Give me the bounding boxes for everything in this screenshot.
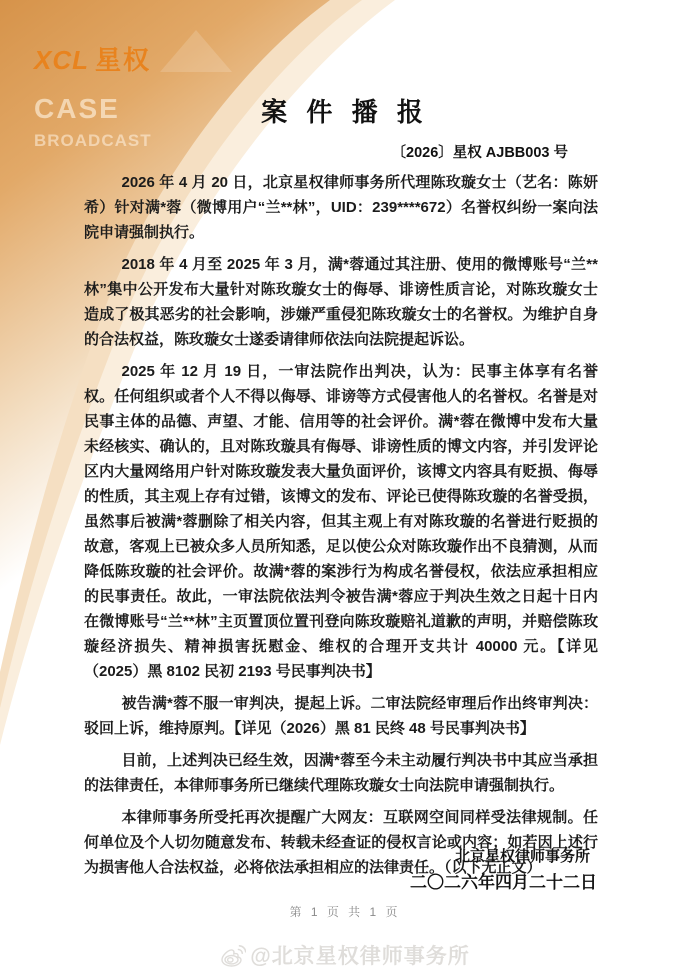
signature-date: 二〇二六年四月二十二日	[410, 869, 597, 897]
paragraph-appeal-judgment: 被告满*蓉不服一审判决，提起上诉。二审法院经审理后作出终审判决：驳回上诉，维持原…	[84, 691, 598, 741]
weibo-watermark: @北京星权律师事务所	[0, 940, 690, 970]
document-title: 案 件 播 报	[0, 92, 690, 129]
document-number: 〔2026〕星权 AJBB003 号	[392, 141, 569, 162]
firm-logo-latin: XCL	[34, 45, 89, 75]
paragraph-first-instance-judgment: 2025 年 12 月 19 日，一审法院作出判决，认为：民事主体享有名誉权。任…	[84, 359, 598, 684]
paragraph-background: 2018 年 4 月至 2025 年 3 月，满*蓉通过其注册、使用的微博账号“…	[84, 252, 598, 352]
paragraph-enforcement: 目前，上述判决已经生效，因满*蓉至今未主动履行判决书中其应当承担的法律责任，本律…	[84, 748, 598, 798]
signature-block: 北京星权律师事务所 二〇二六年四月二十二日	[410, 845, 597, 897]
weibo-icon	[220, 945, 246, 967]
paragraph-filing: 2026 年 4 月 20 日，北京星权律师事务所代理陈玫璇女士（艺名：陈妍希）…	[84, 170, 598, 245]
case-broadcast-page: XCL星权 CASE BROADCAST 案 件 播 报 〔2026〕星权 AJ…	[0, 0, 690, 976]
weibo-watermark-text: @北京星权律师事务所	[250, 945, 469, 968]
page-number-footer: 第 1 页 共 1 页	[0, 903, 690, 920]
firm-logo: XCL星权	[34, 40, 152, 77]
firm-logo-cn: 星权	[95, 45, 151, 75]
signature-firm-name: 北京星权律师事务所	[410, 845, 590, 869]
tagline-broadcast: BROADCAST	[34, 131, 152, 151]
document-body: 2026 年 4 月 20 日，北京星权律师事务所代理陈玫璇女士（艺名：陈妍希）…	[84, 170, 598, 887]
